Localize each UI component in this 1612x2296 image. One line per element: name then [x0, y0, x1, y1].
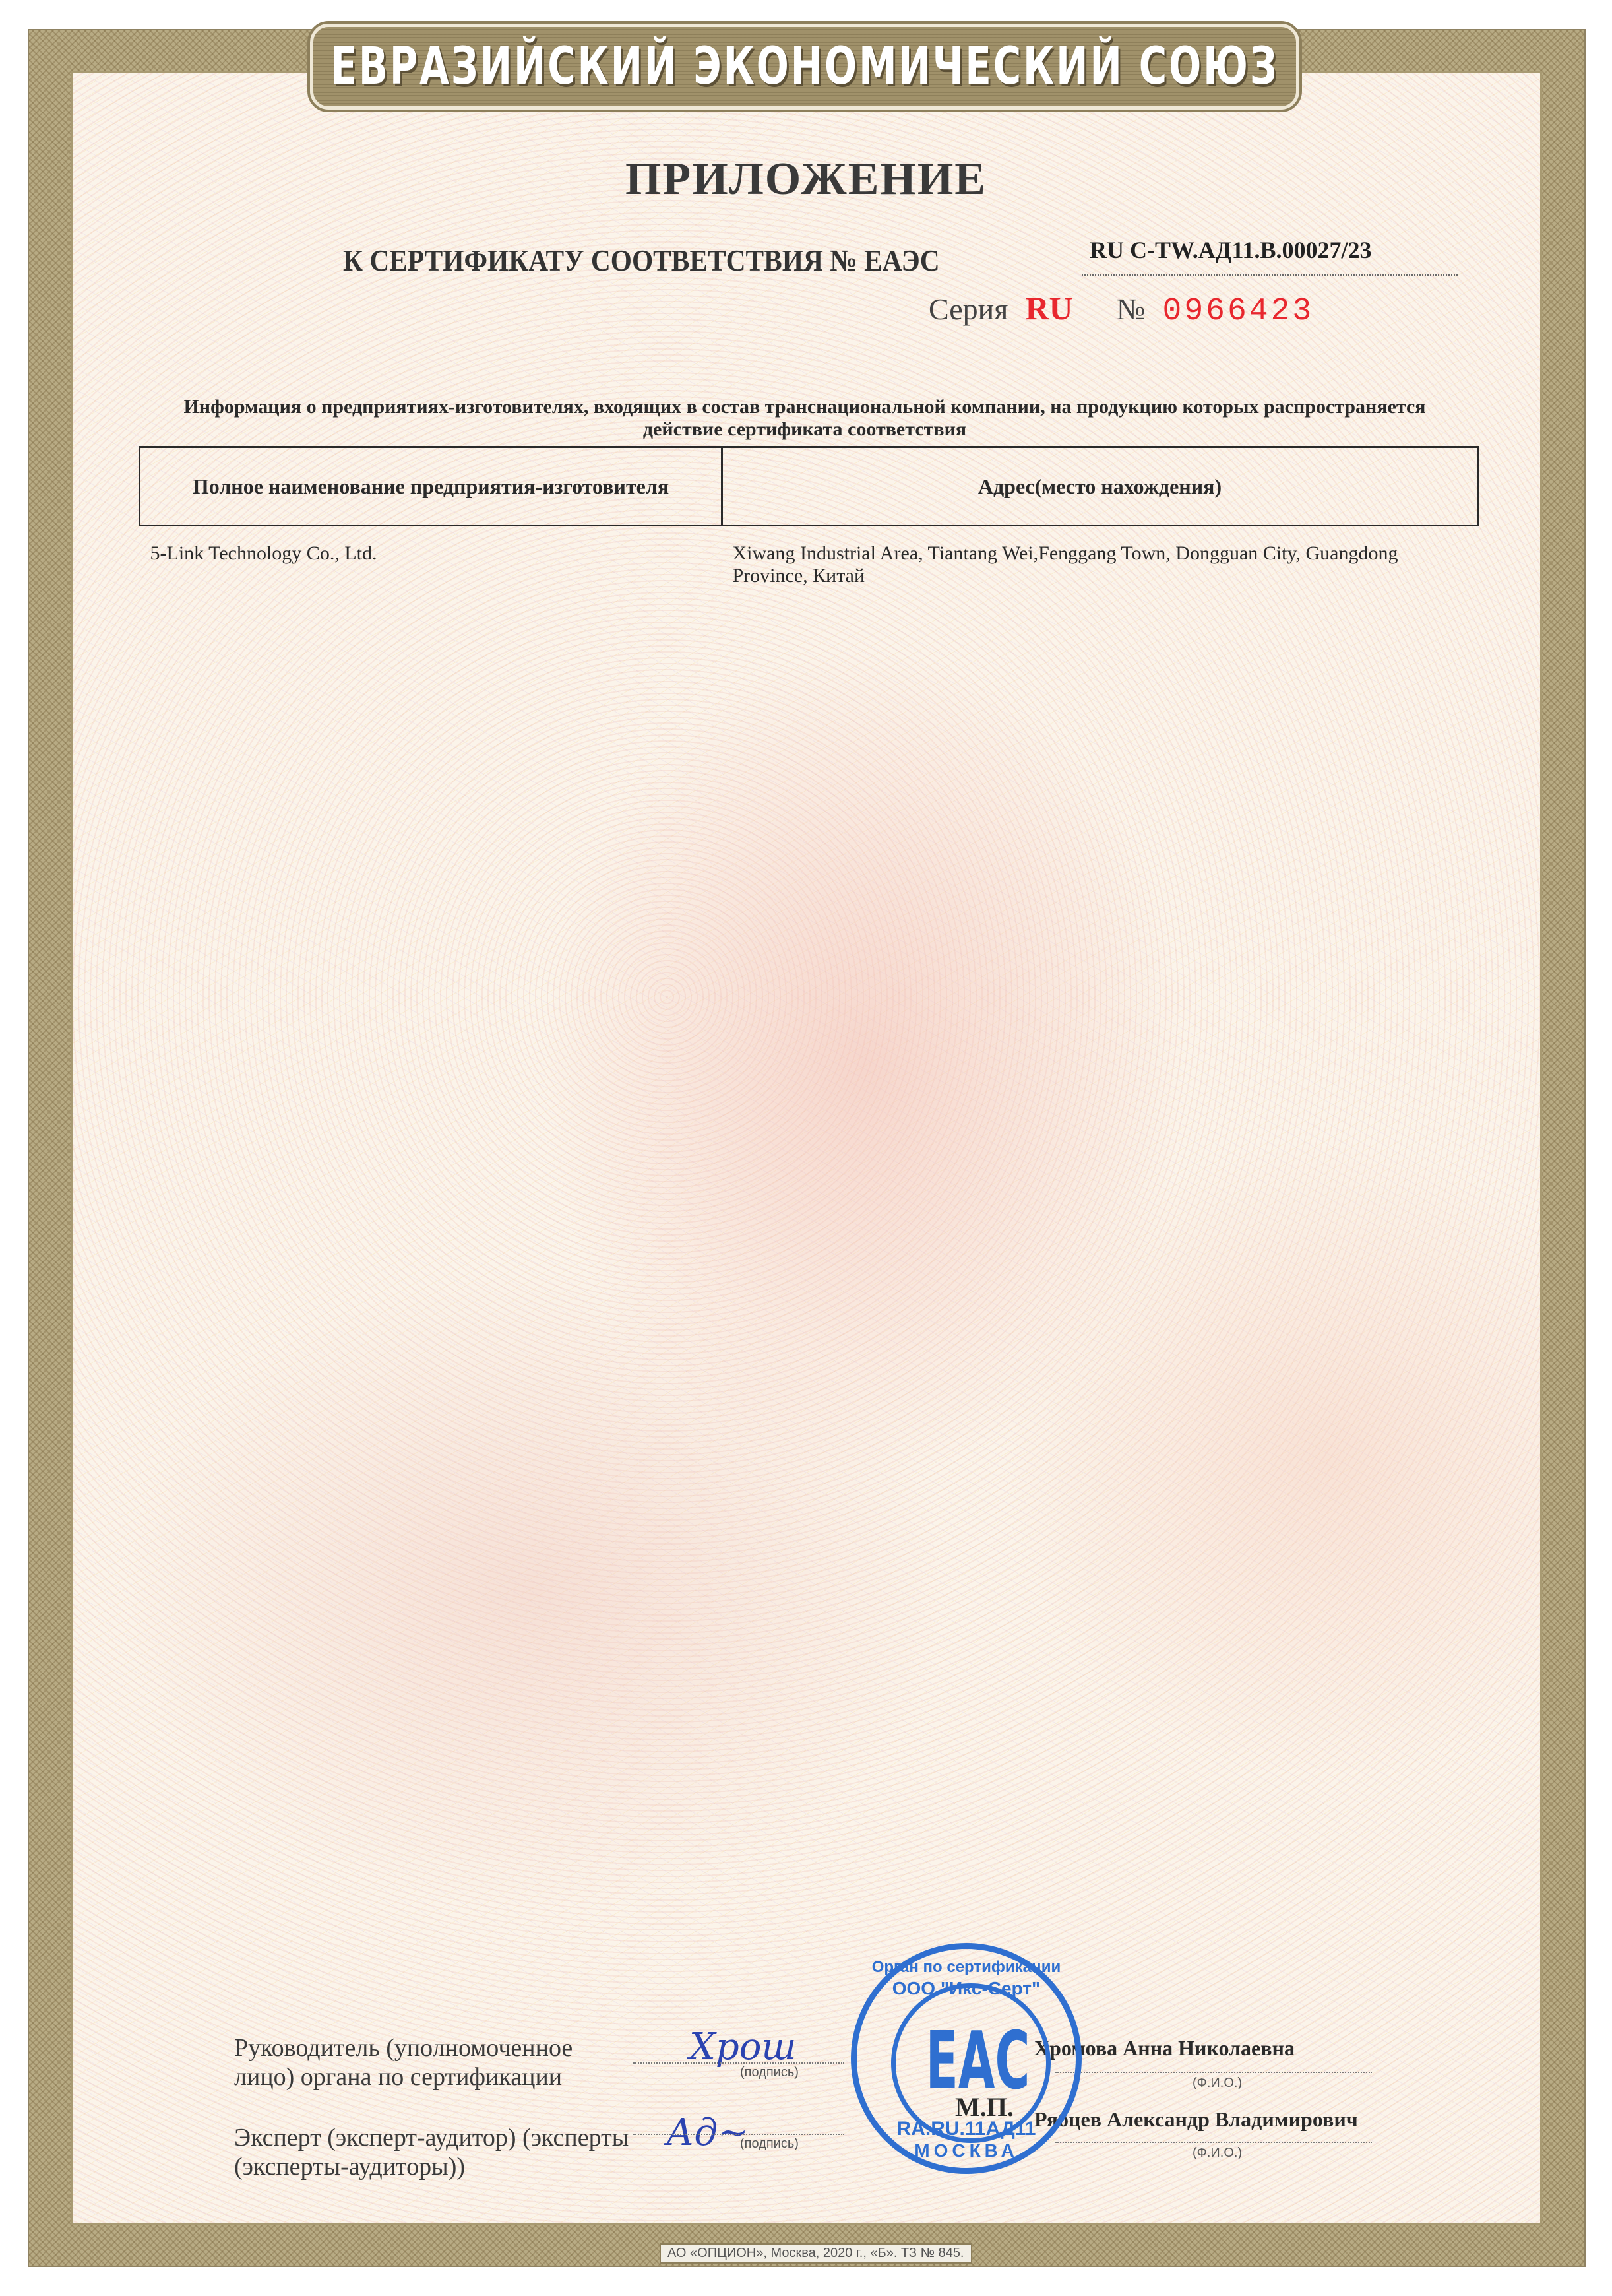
manufacturer-address: Xiwang Industrial Area, Tiantang Wei,Fen…: [722, 526, 1478, 588]
union-banner: ЕВРАЗИЙСКИЙ ЭКОНОМИЧЕСКИЙ СОЮЗ: [310, 24, 1299, 110]
table-header-row: Полное наименование предприятия-изготови…: [140, 447, 1478, 526]
certificate-subtitle: К СЕРТИФИКАТУ СООТВЕТСТВИЯ № ЕАЭС: [343, 243, 940, 278]
series-row: Серия RU № 0966423: [929, 289, 1314, 329]
info-caption: Информация о предприятиях-изготовителях,…: [158, 396, 1451, 441]
page-title: ПРИЛОЖЕНИЕ: [0, 153, 1612, 206]
manufacturers-table: Полное наименование предприятия-изготови…: [139, 446, 1479, 587]
table-row: 5-Link Technology Co., Ltd. Xiwang Indus…: [140, 526, 1478, 588]
series-label: Серия: [929, 292, 1008, 327]
stamp-top-text: Орган по сертификации: [857, 1958, 1076, 1977]
manufacturer-name: 5-Link Technology Co., Ltd.: [140, 526, 722, 588]
eac-logo-icon: ЕАС: [926, 2022, 1016, 2101]
printer-note: АО «ОПЦИОН», Москва, 2020 г., «Б». ТЗ № …: [660, 2243, 972, 2264]
certificate-number-underline: [1082, 274, 1458, 276]
seal-mark: М.П.: [955, 2091, 1014, 2122]
union-banner-text: ЕВРАЗИЙСКИЙ ЭКОНОМИЧЕСКИЙ СОЮЗ: [330, 37, 1278, 96]
series-value: RU: [1025, 289, 1072, 327]
form-number: 0966423: [1163, 294, 1315, 329]
stamp-city: МОСКВА: [857, 2140, 1076, 2161]
number-sign: №: [1117, 292, 1146, 327]
certificate-number: RU C-TW.АД11.В.00027/23: [1090, 236, 1371, 264]
certification-body-stamp: Орган по сертификации ООО "Икс-Серт" ЕАС…: [851, 1943, 1082, 2174]
document-paper: [71, 71, 1542, 2225]
header-manufacturer-name: Полное наименование предприятия-изготови…: [140, 447, 722, 526]
header-address: Адрес(место нахождения): [722, 447, 1478, 526]
